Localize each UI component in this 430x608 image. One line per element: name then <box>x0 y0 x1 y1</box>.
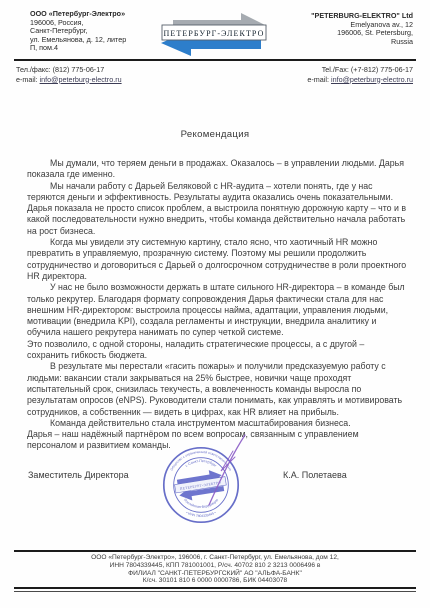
contact-block-ru: Тел./факс: (812) 775-06-17 e-mail: info@… <box>16 65 122 84</box>
paragraph: В результате мы перестали «гасить пожары… <box>27 361 407 417</box>
paragraph: Мы начали работу с Дарьей Беляковой с HR… <box>27 181 407 237</box>
svg-text:Российская Федерация: Российская Федерация <box>183 498 219 509</box>
paragraph: Когда мы увидели эту системную картину, … <box>27 237 407 282</box>
stamp-country-text: Российская Федерация <box>183 498 219 509</box>
footer-divider-top <box>14 550 416 552</box>
footer-line: К/сч. 30101 810 6 0000 0000786, БИК 0440… <box>0 577 430 585</box>
footer-line: ФИЛИАЛ "САНКТ-ПЕТЕРБУРГСКИЙ" АО "АЛЬФА-Б… <box>0 570 430 578</box>
company-stamp: Общество с ограниченной ответственностью… <box>157 441 245 529</box>
paragraph: У нас не было возможности держать в штат… <box>27 282 407 338</box>
header-divider <box>14 59 416 61</box>
stamp-ink: Общество с ограниченной ответственностью… <box>164 448 238 522</box>
address-line: Russia <box>311 38 413 47</box>
contact-block-en: Tel./Fax: (+7-812) 775-06-17 e-mail: inf… <box>307 65 413 84</box>
stamp-center-logo: ПЕТЕРБУРГ-ЭЛЕКТРО <box>173 468 228 503</box>
letter-title: Рекомендация <box>0 129 430 140</box>
email-label: e-mail: <box>307 75 331 84</box>
company-address-ru: ООО «Петербург-Электро» 196006, Россия, … <box>30 10 126 53</box>
email-link[interactable]: info@peterburg-electro.ru <box>40 75 122 84</box>
letter-page: ООО «Петербург-Электро» 196006, Россия, … <box>0 0 430 608</box>
email-label: e-mail: <box>16 75 40 84</box>
logo-text: ПЕТЕРБУРГ-ЭЛЕКТРО <box>164 29 265 38</box>
email-link[interactable]: info@peterburg-electro.ru <box>331 75 413 84</box>
address-line: П, пом.4 <box>30 44 126 53</box>
footer-requisites: ООО «Петербург-Электро», 196006, г. Санк… <box>0 554 430 585</box>
svg-text:• ИНН 7804339445 •: • ИНН 7804339445 • <box>185 510 217 518</box>
paragraph: Команда действительно стала инструментом… <box>27 418 407 429</box>
phone-en: Tel./Fax: (+7-812) 775-06-17 <box>307 65 413 75</box>
email-row-ru: e-mail: info@peterburg-electro.ru <box>16 75 122 85</box>
phone-ru: Тел./факс: (812) 775-06-17 <box>16 65 122 75</box>
email-row-en: e-mail: info@peterburg-electro.ru <box>307 75 413 85</box>
paragraph: Это позволило, с одной стороны, наладить… <box>27 339 407 362</box>
signer-name: К.А. Полетаева <box>283 470 347 480</box>
footer-divider-bottom <box>14 587 416 589</box>
company-address-en: "PETERBURG-ELEKTRO" Ltd Emelyanova av., … <box>311 12 413 46</box>
footer-divider-bottom-thin <box>14 591 416 592</box>
paragraph: Мы думали, что теряем деньги в продажах.… <box>27 158 407 181</box>
signer-title: Заместитель Директора <box>28 470 129 480</box>
footer-line: ООО «Петербург-Электро», 196006, г. Санк… <box>0 554 430 562</box>
stamp-outer-bottom-text: • ИНН 7804339445 • <box>185 510 217 518</box>
footer-line: ИНН 7804339445, КПП 781001001, Р/сч. 407… <box>0 562 430 570</box>
letter-body: Мы думали, что теряем деньги в продажах.… <box>27 158 407 452</box>
company-logo: ПЕТЕРБУРГ-ЭЛЕКТРО <box>159 11 271 55</box>
